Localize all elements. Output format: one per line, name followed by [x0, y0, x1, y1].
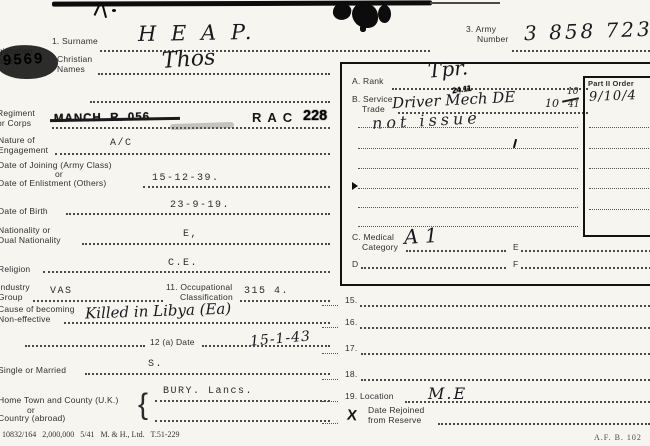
non-effective-value: Killed in Libya (Ea): [85, 299, 232, 322]
religion-value: C.E.: [168, 258, 198, 269]
enlistment-value: 15-12-39.: [152, 173, 220, 184]
date-12a-label: 12 (a) Date: [150, 338, 195, 347]
scan-edge-tail: [430, 2, 500, 4]
home-value: BURY. Lancs.: [163, 386, 253, 397]
dotted-line: [589, 148, 649, 149]
dotted-line: [360, 305, 650, 307]
dotted-line: [98, 73, 330, 75]
dotted-line: [358, 148, 578, 149]
unit-number-stamp: 228: [303, 108, 327, 124]
registration-stamp-number: 9569: [3, 50, 45, 69]
dotted-line: [358, 188, 578, 189]
x-mark: X: [346, 407, 358, 425]
marital-label: Single or Married: [0, 366, 66, 375]
rejoined-label-line1: Date Rejoined: [368, 406, 424, 415]
rank-label: A. Rank: [352, 77, 384, 86]
scan-edge-bar: [52, 0, 432, 6]
dotted-line: [512, 50, 650, 52]
dotted-line: [202, 345, 330, 347]
dotted-stub: [322, 353, 338, 354]
dotted-line: [100, 50, 430, 52]
part2-order-value: 9/10/4: [589, 88, 637, 105]
home-label-line3: Country (abroad): [0, 414, 65, 423]
dotted-line: [358, 207, 578, 208]
dotted-line: [589, 188, 649, 189]
dotted-stub: [322, 379, 338, 380]
non-effective-label-line1: Cause of becoming: [0, 305, 75, 314]
ink-blob: [378, 5, 391, 23]
dotted-line: [358, 226, 578, 227]
regiment-label-line1: Regiment: [0, 109, 35, 118]
regiment-label-line2: or Corps: [0, 119, 31, 128]
location-value: M.E: [428, 384, 467, 403]
ink-blob: [332, 3, 353, 22]
ink-arrow-mark: [352, 182, 358, 190]
nationality-value: E,: [183, 229, 198, 240]
army-number-label-line1: 3. Army: [466, 25, 496, 34]
ink-drip: [360, 25, 366, 32]
row-16-label: 16.: [345, 318, 357, 327]
religion-label: Religion: [0, 265, 30, 274]
dotted-line: [64, 322, 330, 324]
corps-stamp: RAC: [252, 110, 298, 125]
dotted-line: [90, 101, 330, 103]
trade-label-line1: B. Service: [352, 95, 393, 104]
dotted-stub: [322, 327, 338, 328]
army-number-value: 3 858 723: [524, 17, 650, 45]
dotted-line: [25, 345, 145, 347]
row-19-location-label: 19. Location: [345, 392, 394, 401]
engagement-label-line2: Engagement: [0, 146, 48, 155]
dotted-line: [358, 127, 578, 128]
dotted-line: [360, 327, 650, 329]
industry-value: VAS: [50, 286, 73, 297]
dotted-line: [66, 213, 330, 215]
row-15-label: 15.: [345, 296, 357, 305]
engagement-value: A/C: [110, 138, 133, 149]
ink-speck: [112, 9, 116, 12]
dotted-line: [361, 267, 506, 269]
dotted-line: [43, 271, 330, 273]
dotted-line: [55, 153, 330, 155]
home-label-line1: Home Town and County (U.K.): [0, 396, 119, 405]
part2-order-header: Part II Order: [588, 80, 634, 88]
dotted-line: [589, 127, 649, 128]
rejoined-label-line2: from Reserve: [368, 416, 421, 425]
surname-label: 1. Surname: [52, 37, 98, 46]
printer-imprint: 10832/164 2,000,000 5/41 M. & H., Ltd. T…: [2, 430, 179, 439]
home-brace: {: [138, 388, 148, 421]
dotted-line: [143, 186, 330, 188]
dotted-line: [438, 423, 650, 425]
birth-value: 23-9-19.: [170, 200, 230, 211]
dotted-line: [240, 300, 330, 302]
dotted-line: [521, 267, 650, 269]
dotted-line: [82, 243, 330, 245]
engagement-label-line1: Nature of: [0, 136, 35, 145]
christian-names-label-line2: Names: [57, 65, 85, 74]
f-label: F: [513, 260, 518, 269]
form-number: A.F. B. 102: [594, 433, 642, 442]
row-18-label: 18.: [345, 370, 357, 379]
trade-date: 10: [545, 97, 559, 110]
rank-value: Tpr.: [427, 55, 469, 82]
dotted-line: [521, 250, 650, 252]
occupation-value: 315 4.: [244, 286, 289, 297]
row-17-label: 17.: [345, 344, 357, 353]
dotted-line: [361, 379, 650, 381]
nationality-label-line1: Nationality or: [0, 226, 50, 235]
non-effective-label-line2: Non-effective: [0, 315, 51, 324]
dotted-line: [406, 250, 506, 252]
dotted-stub: [322, 423, 338, 424]
medical-label-line1: C. Medical: [352, 233, 394, 242]
d-label: D: [352, 260, 358, 269]
dotted-line: [85, 373, 330, 375]
e-label: E: [513, 243, 519, 252]
trade-fraction-top: 10: [567, 87, 578, 97]
army-record-card: gistration mber 9569 1. Surname H E A P.…: [0, 0, 650, 446]
army-number-label-line2: Number: [477, 35, 508, 44]
enlistment-label-line3: Date of Enlistment (Others): [0, 179, 106, 188]
dotted-line: [155, 420, 330, 422]
surname-value: H E A P.: [138, 20, 256, 46]
marital-value: S.: [148, 359, 163, 370]
industry-label-line1: Industry: [0, 283, 30, 292]
dotted-stub: [322, 401, 338, 402]
occupation-label-line1: 11. Occupational: [166, 283, 232, 292]
dotted-line: [589, 209, 649, 210]
medical-value: A 1: [403, 223, 438, 249]
dotted-line: [155, 400, 330, 402]
trade-fraction-bottom: 41: [568, 100, 579, 110]
dotted-line: [358, 168, 578, 169]
christian-names-label-line1: Christian: [57, 55, 92, 64]
christian-names-value: Thos: [161, 45, 216, 74]
dotted-line: [361, 353, 650, 355]
birth-label: Date of Birth: [0, 207, 48, 216]
medical-label-line2: Category: [362, 243, 398, 252]
dotted-stub: [322, 305, 338, 306]
dotted-line: [589, 168, 649, 169]
ink-blob: [352, 3, 378, 28]
nationality-label-line2: Dual Nationality: [0, 236, 61, 245]
industry-label-line2: Group: [0, 293, 23, 302]
